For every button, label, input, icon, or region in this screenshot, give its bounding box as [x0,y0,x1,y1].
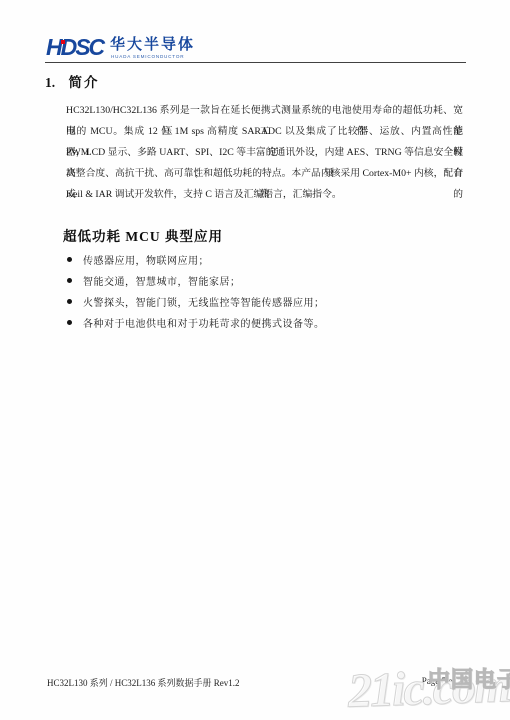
logo-red-square-icon [61,40,65,44]
watermark-chinese-text: 中国电子网 [428,668,510,692]
bullet-icon [67,278,72,283]
bullet-text: 传感器应用，物联网应用； [83,252,209,267]
bullet-text: 各种对于电池供电和对于功耗苛求的便携式设备等。 [83,315,325,330]
list-item: 火警探头，智能门锁，无线监控等智能传感器应用； [67,291,325,312]
datasheet-page: { "colors": { "brand_blue": "#17479D", "… [0,0,510,720]
intro-line: HC32L130/HC32L136 系列是一款旨在延长便携式测量系统的电池使用寿… [66,100,463,121]
list-item: 传感器应用，物联网应用； [67,249,325,270]
header-rule [45,62,466,63]
hdsc-logo-wordmark: HDSC [46,36,103,58]
list-item: 各种对于电池供电和对于功耗苛求的便携式设备等。 [67,312,325,333]
bullet-icon [67,320,72,325]
intro-line: 高整合度、高抗干扰、高可靠性和超低功耗的特点。本产品内核采用 Cortex-M0… [66,163,463,184]
logo-chinese-name: 华大半导体 [110,37,195,53]
intro-line: 围的 MCU。集成 12 位 1M sps 高精度 SARADC 以及集成了比较… [66,121,463,142]
logo-tagline: HUADA SEMICONDUCTOR [111,54,184,59]
section-title: 简介 [69,71,100,91]
intro-paragraph: HC32L130/HC32L136 系列是一款旨在延长便携式测量系统的电池使用寿… [66,100,463,205]
section-number: 1. [45,75,55,91]
list-item: 智能交通，智慧城市，智能家居； [67,270,325,291]
bullet-text: 智能交通，智慧城市，智能家居； [83,273,241,288]
bullet-icon [67,257,72,262]
bullet-text: 火警探头，智能门锁，无线监控等智能传感器应用； [83,294,325,309]
intro-line: 器，LCD 显示、多路 UART、SPI、I2C 等丰富的通讯外设，内建 AES… [66,142,463,163]
subsection-heading: 超低功耗 MCU 典型应用 [63,225,223,245]
applications-bullet-list: 传感器应用，物联网应用； 智能交通，智慧城市，智能家居； 火警探头，智能门锁，无… [67,249,325,333]
section-heading: 1. 简介 [45,71,100,91]
bullet-icon [67,299,72,304]
footer-doc-title: HC32L130 系列 / HC32L136 系列数据手册 Rev1.2 [47,676,240,689]
